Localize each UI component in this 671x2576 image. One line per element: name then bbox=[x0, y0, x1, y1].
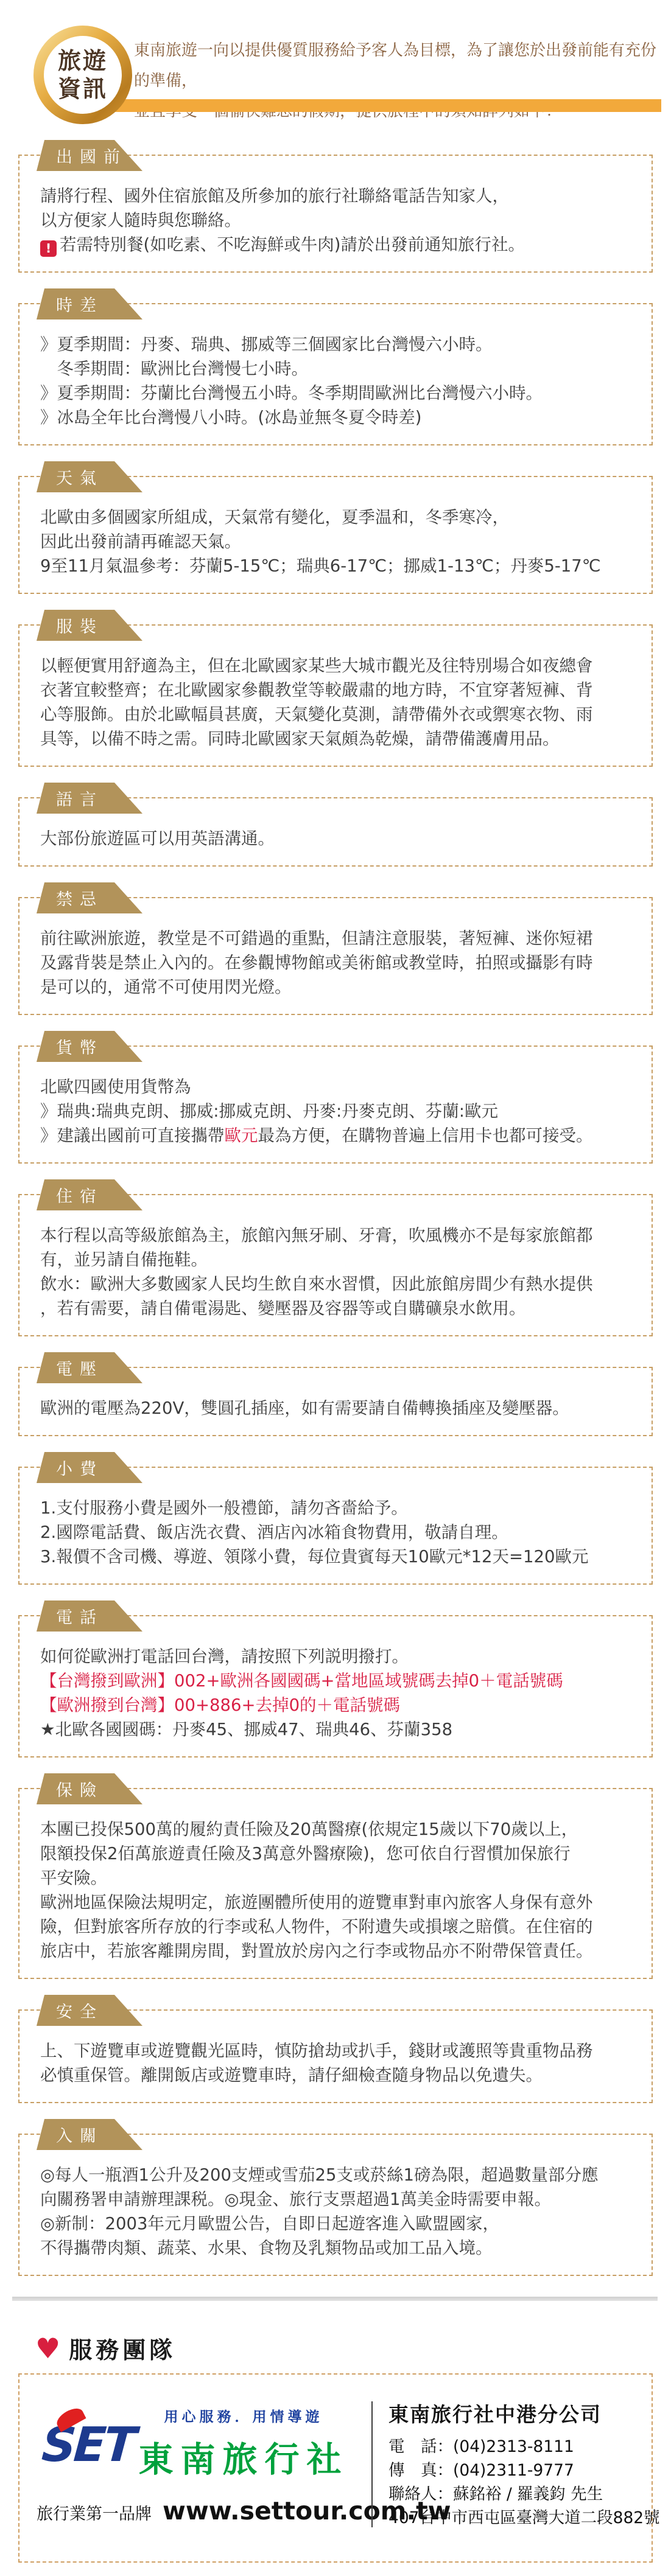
text-segment: 請將行程、國外住宿旅館及所參加的旅行社聯絡電話告知家人， bbox=[40, 186, 509, 206]
section-safety: 安全上、下遊覽車或遊覽觀光區時，慎防搶劫或扒手，錢財或護照等貴重物品務必慎重保管… bbox=[18, 2009, 653, 2103]
section-tag-telephone: 電話 bbox=[37, 1600, 142, 1632]
section-customs: 入關◎每人一瓶酒1公升及200支煙或雪茄25支或菸絲1磅為限，超過數量部分應向關… bbox=[18, 2134, 653, 2276]
section-line: 歐洲的電壓為220V，雙圓孔插座，如有需要請自備轉換插座及變壓器。 bbox=[40, 1396, 631, 1420]
section-line: 以方便家人隨時與您聯絡。 bbox=[40, 208, 631, 232]
section-line: 具等，以備不時之需。同時北歐國家天氣頗為乾燥，請帶備護膚用品。 bbox=[40, 727, 631, 751]
section-line: 》冰島全年比台灣慢八小時。(冰島並無冬夏令時差) bbox=[40, 405, 631, 430]
section-line: ◎新制：2003年元月歐盟公告，自即日起遊客進入歐盟國家， bbox=[40, 2211, 631, 2236]
section-line: ，若有需要，請自備電湯匙、變壓器及容器等或自購礦泉水飲用。 bbox=[40, 1296, 631, 1321]
contact-label: 聯絡人： bbox=[388, 2485, 453, 2504]
section-line: 旅店中，若旅客離開房間，對置放於房內之行李或物品亦不附帶保管責任。 bbox=[40, 1939, 631, 1963]
section-line: 1.支付服務小費是國外一般禮節，請勿吝嗇給予。 bbox=[40, 1496, 631, 1520]
section-line: 本行程以高等級旅館為主，旅館內無牙刷、牙膏，吹風機亦不是每家旅館都 bbox=[40, 1223, 631, 1248]
brand-tagline: 旅行業第一品牌 bbox=[37, 2501, 152, 2524]
text-segment: 2.國際電話費、飯店洗衣費、酒店內冰箱食物費用，敬請自理。 bbox=[40, 1523, 508, 1542]
intro-line: 東南旅遊一向以提供優質服務給予客人為目標，為了讓您於出發前能有充份的準備， bbox=[134, 35, 665, 96]
text-segment: 旅店中，若旅客離開房間，對置放於房內之行李或物品亦不附帶保管責任。 bbox=[40, 1941, 593, 1961]
text-segment: 最為方便，在購物普遍上信用卡也都可接受。 bbox=[258, 1126, 593, 1145]
section-line: 及露背裝是禁止入內的。在參觀博物館或美術館或教堂時，拍照或攝影有時 bbox=[40, 951, 631, 975]
text-segment: 衣著宜較整齊；在北歐國家參觀教堂等較嚴肅的地方時，不宜穿著短褲、背 bbox=[40, 680, 593, 700]
section-line: 平安險。 bbox=[40, 1866, 631, 1890]
text-segment: 以方便家人隨時與您聯絡。 bbox=[40, 211, 241, 230]
set-logo: SET bbox=[34, 2403, 129, 2469]
phone-label: 電 話： bbox=[388, 2437, 453, 2456]
section-line: 因此出發前請再確認天氣。 bbox=[40, 529, 631, 554]
text-segment: ◎每人一瓶酒1公升及200支煙或雪茄25支或菸絲1磅為限，超過數量部分應 bbox=[40, 2165, 598, 2185]
text-segment: 飲水：歐洲大多數國家人民均生飲自來水習慣，因此旅館房間少有熱水提供 bbox=[40, 1274, 593, 1294]
alert-icon: ! bbox=[40, 240, 57, 257]
page-header: 旅遊 資訊 東南旅遊一向以提供優質服務給予客人為目標，為了讓您於出發前能有充份的… bbox=[0, 0, 671, 133]
sections: 出國前請將行程、國外住宿旅館及所參加的旅行社聯絡電話告知家人，以方便家人隨時與您… bbox=[18, 155, 653, 2276]
text-segment: 限額投保2佰萬旅遊責任險及3萬意外醫療險)，您可依自行習慣加保旅行 bbox=[40, 1844, 571, 1863]
badge-line-1: 旅遊 bbox=[58, 47, 108, 75]
text-segment: ★北歐各國國碼：丹麥45、挪威47、瑞典46、芬蘭358 bbox=[40, 1720, 452, 1739]
section-insurance: 保險本團已投保500萬的履約責任險及20萬醫療(依規定15歲以下70歲以上，限額… bbox=[18, 1788, 653, 1979]
section-line: 北歐四國使用貨幣為 bbox=[40, 1075, 631, 1099]
fax-number: (04)2311-9777 bbox=[453, 2461, 574, 2480]
text-segment: 因此出發前請再確認天氣。 bbox=[40, 532, 241, 551]
text-segment: 上、下遊覽車或遊覽觀光區時，慎防搶劫或扒手，錢財或護照等貴重物品務 bbox=[40, 2041, 593, 2061]
section-line: 必慎重保管。離開飯店或遊覽車時，請仔細檢查隨身物品以免遺失。 bbox=[40, 2063, 631, 2087]
section-tag-clothing: 服裝 bbox=[37, 610, 142, 641]
office-contact-row: 聯絡人：蘇銘裕 / 羅義鈞 先生 bbox=[388, 2482, 639, 2506]
section-line: 北歐由多個國家所組成，天氣常有變化，夏季温和，冬季寒冷， bbox=[40, 505, 631, 529]
service-team-title: 服務團隊 bbox=[69, 2331, 176, 2365]
text-segment: 前往歐洲旅遊，教堂是不可錯過的重點，但請注意服裝，著短褲、迷你短裙 bbox=[40, 929, 593, 948]
section-weather: 天氣北歐由多個國家所組成，天氣常有變化，夏季温和，冬季寒冷，因此出發前請再確認天… bbox=[18, 476, 653, 594]
office-fax-row: 傳 真：(04)2311-9777 bbox=[388, 2459, 639, 2482]
section-taboos: 禁忌前往歐洲旅遊，教堂是不可錯過的重點，但請注意服裝，著短褲、迷你短裙及露背裝是… bbox=[18, 897, 653, 1015]
text-segment: 平安險。 bbox=[40, 1868, 107, 1888]
section-line: 以輕便實用舒適為主，但在北歐國家某些大城市觀光及往特別場合如夜總會 bbox=[40, 654, 631, 678]
brand-top-row: SET 用心服務．用情導遊 東南旅行社 bbox=[37, 2403, 360, 2482]
section-line: 冬季期間：歐洲比台灣慢七小時。 bbox=[40, 357, 631, 381]
section-line: ★北歐各國國碼：丹麥45、挪威47、瑞典46、芬蘭358 bbox=[40, 1717, 631, 1742]
section-time-difference: 時差》夏季期間：丹麥、瑞典、挪威等三個國家比台灣慢六小時。 冬季期間：歐洲比台灣… bbox=[18, 303, 653, 445]
text-segment: 》夏季期間：芬蘭比台灣慢五小時。冬季期間歐洲比台灣慢六小時。 bbox=[40, 383, 543, 403]
text-segment: 若需特別餐(如吃素、不吃海鮮或牛肉)請於出發前通知旅行社。 bbox=[60, 235, 525, 254]
section-telephone: 電話如何從歐洲打電話回台灣，請按照下列説明撥打。【台灣撥到歐洲】002+歐洲各國… bbox=[18, 1615, 653, 1757]
text-segment: 》建議出國前可直接攜帶 bbox=[40, 1126, 225, 1145]
text-segment: ，若有需要，請自備電湯匙、變壓器及容器等或自購礦泉水飲用。 bbox=[40, 1299, 526, 1318]
text-segment: 》瑞典:瑞典克朗、挪威:挪威克朗、丹麥:丹麥克朗、芬蘭:歐元 bbox=[40, 1101, 498, 1121]
text-segment: 具等，以備不時之需。同時北歐國家天氣頗為乾燥，請帶備護膚用品。 bbox=[40, 729, 560, 749]
text-segment: 歐洲的電壓為220V，雙圓孔插座，如有需要請自備轉換插座及變壓器。 bbox=[40, 1398, 569, 1418]
section-line: !若需特別餐(如吃素、不吃海鮮或牛肉)請於出發前通知旅行社。 bbox=[40, 232, 631, 257]
service-team-card: SET 用心服務．用情導遊 東南旅行社 旅行業第一品牌 www.settour.… bbox=[18, 2373, 653, 2563]
section-line: 飲水：歐洲大多數國家人民均生飲自來水習慣，因此旅館房間少有熱水提供 bbox=[40, 1272, 631, 1296]
section-line: 2.國際電話費、飯店洗衣費、酒店內冰箱食物費用，敬請自理。 bbox=[40, 1520, 631, 1545]
section-line: 》建議出國前可直接攜帶歐元最為方便，在購物普遍上信用卡也都可接受。 bbox=[40, 1123, 631, 1148]
section-line: 險，但對旅客所存放的行李或私人物件，不附遺失或損壞之賠償。在住宿的 bbox=[40, 1915, 631, 1939]
text-segment: 大部份旅遊區可以用英語溝通。 bbox=[40, 829, 275, 848]
text-segment: 9至11月氣温參考：芬蘭5-15℃；瑞典6-17℃；挪威1-13℃；丹麥5-17… bbox=[40, 556, 601, 576]
office-phone-row: 電 話：(04)2313-8111 bbox=[388, 2435, 639, 2459]
text-segment: 險，但對旅客所存放的行李或私人物件，不附遺失或損壞之賠償。在住宿的 bbox=[40, 1917, 593, 1936]
section-tag-voltage: 電壓 bbox=[37, 1352, 142, 1383]
section-line: 本團已投保500萬的履約責任險及20萬醫療(依規定15歲以下70歲以上， bbox=[40, 1817, 631, 1841]
text-segment: 是可以的，通常不可使用閃光燈。 bbox=[40, 977, 292, 997]
section-line: 【歐洲撥到台灣】00+886+去掉0的＋電話號碼 bbox=[40, 1693, 631, 1717]
section-tipping: 小費1.支付服務小費是國外一般禮節，請勿吝嗇給予。2.國際電話費、飯店洗衣費、酒… bbox=[18, 1467, 653, 1585]
travel-info-badge-label: 旅遊 資訊 bbox=[44, 36, 122, 114]
brand-block: SET 用心服務．用情導遊 東南旅行社 旅行業第一品牌 www.settour.… bbox=[37, 2403, 360, 2525]
section-line: 上、下遊覽車或遊覽觀光區時，慎防搶劫或扒手，錢財或護照等貴重物品務 bbox=[40, 2039, 631, 2063]
section-line: 如何從歐洲打電話回台灣，請按照下列説明撥打。 bbox=[40, 1644, 631, 1669]
branch-office-title: 東南旅行社中港分公司 bbox=[388, 2399, 639, 2428]
text-segment: 有，並另請自備拖鞋。 bbox=[40, 1250, 208, 1269]
brand-bottom-row: 旅行業第一品牌 www.settour.com.tw bbox=[37, 2496, 360, 2525]
section-tag-tipping: 小費 bbox=[37, 1452, 142, 1483]
section-tag-accommodation: 住宿 bbox=[37, 1179, 142, 1210]
text-segment: 及露背裝是禁止入內的。在參觀博物館或美術館或教堂時，拍照或攝影有時 bbox=[40, 953, 593, 972]
section-divider bbox=[12, 2297, 658, 2301]
section-tag-currency: 貨幣 bbox=[37, 1031, 142, 1062]
text-segment: 1.支付服務小費是國外一般禮節，請勿吝嗇給予。 bbox=[40, 1498, 408, 1518]
section-line: 向關務署申請辦理課税。◎現金、旅行支票超過1萬美金時需要申報。 bbox=[40, 2187, 631, 2211]
section-tag-before-departure: 出國前 bbox=[37, 140, 142, 171]
section-line: 有，並另請自備拖鞋。 bbox=[40, 1248, 631, 1272]
section-tag-safety: 安全 bbox=[37, 1995, 142, 2026]
text-segment: 北歐由多個國家所組成，天氣常有變化，夏季温和，冬季寒冷， bbox=[40, 508, 509, 527]
section-line: 》夏季期間：丹麥、瑞典、挪威等三個國家比台灣慢六小時。 bbox=[40, 332, 631, 357]
contact-names: 蘇銘裕 / 羅義鈞 先生 bbox=[453, 2485, 603, 2504]
brand-slogan: 用心服務．用情導遊 bbox=[127, 2406, 360, 2426]
section-tag-customs: 入關 bbox=[37, 2119, 142, 2150]
section-line: 請將行程、國外住宿旅館及所參加的旅行社聯絡電話告知家人， bbox=[40, 184, 631, 208]
brand-name: 東南旅行社 bbox=[127, 2432, 360, 2482]
footer-vertical-divider bbox=[371, 2401, 373, 2527]
section-line: 大部份旅遊區可以用英語溝通。 bbox=[40, 826, 631, 851]
badge-line-2: 資訊 bbox=[58, 75, 108, 103]
text-segment: 歐洲地區保險法規明定，旅遊團體所使用的遊覽車對車內旅客人身保有意外 bbox=[40, 1893, 593, 1912]
section-tag-language: 語言 bbox=[37, 783, 142, 814]
section-clothing: 服裝以輕便實用舒適為主，但在北歐國家某些大城市觀光及往特別場合如夜總會衣著宜較整… bbox=[18, 624, 653, 767]
section-voltage: 電壓歐洲的電壓為220V，雙圓孔插座，如有需要請自備轉換插座及變壓器。 bbox=[18, 1367, 653, 1436]
text-segment: 本團已投保500萬的履約責任險及20萬醫療(依規定15歲以下70歲以上， bbox=[40, 1820, 578, 1839]
section-line: 不得攜帶肉類、蔬菜、水果、食物及乳類物品或加工品入境。 bbox=[40, 2236, 631, 2260]
section-line: 【台灣撥到歐洲】002+歐洲各國國碼+當地區域號碼去掉0＋電話號碼 bbox=[40, 1669, 631, 1693]
brand-name-block: 用心服務．用情導遊 東南旅行社 bbox=[127, 2403, 360, 2482]
section-tag-time-difference: 時差 bbox=[37, 288, 142, 319]
text-segment: 心等服飾。由於北歐幅員甚廣，天氣變化莫測，請帶備外衣或禦寒衣物、雨 bbox=[40, 705, 593, 724]
branch-office-info: 東南旅行社中港分公司 電 話：(04)2313-8111 傳 真：(04)231… bbox=[388, 2399, 639, 2530]
office-address-row: 407台中市西屯區臺灣大道二段882號 bbox=[388, 2506, 639, 2530]
section-line: 前往歐洲旅遊，教堂是不可錯過的重點，但請注意服裝，著短褲、迷你短裙 bbox=[40, 926, 631, 951]
section-line: ◎每人一瓶酒1公升及200支煙或雪茄25支或菸絲1磅為限，超過數量部分應 bbox=[40, 2163, 631, 2187]
heart-icon: ♥ bbox=[35, 2332, 64, 2365]
section-line: 衣著宜較整齊；在北歐國家參觀教堂等較嚴肅的地方時，不宜穿著短褲、背 bbox=[40, 678, 631, 702]
text-segment: 冬季期間：歐洲比台灣慢七小時。 bbox=[40, 359, 308, 379]
section-line: 》夏季期間：芬蘭比台灣慢五小時。冬季期間歐洲比台灣慢六小時。 bbox=[40, 381, 631, 405]
travel-info-page: 旅遊 資訊 東南旅遊一向以提供優質服務給予客人為目標，為了讓您於出發前能有充份的… bbox=[0, 0, 671, 2576]
fax-label: 傳 真： bbox=[388, 2461, 453, 2480]
section-line: 3.報價不含司機、導遊、領隊小費，每位貴賓每天10歐元*12天=120歐元 bbox=[40, 1545, 631, 1569]
travel-info-badge: 旅遊 資訊 bbox=[33, 26, 132, 124]
text-segment: 》冰島全年比台灣慢八小時。(冰島並無冬夏令時差) bbox=[40, 408, 421, 427]
text-segment: 以輕便實用舒適為主，但在北歐國家某些大城市觀光及往特別場合如夜總會 bbox=[40, 656, 593, 675]
text-segment: 歐元 bbox=[225, 1126, 258, 1145]
section-tag-weather: 天氣 bbox=[37, 461, 142, 492]
service-team-heading: ♥ 服務團隊 bbox=[35, 2331, 671, 2365]
section-line: 》瑞典:瑞典克朗、挪威:挪威克朗、丹麥:丹麥克朗、芬蘭:歐元 bbox=[40, 1099, 631, 1123]
section-line: 是可以的，通常不可使用閃光燈。 bbox=[40, 975, 631, 999]
text-segment: 【歐洲撥到台灣】00+886+去掉0的＋電話號碼 bbox=[40, 1695, 400, 1715]
text-segment: ◎新制：2003年元月歐盟公告，自即日起遊客進入歐盟國家， bbox=[40, 2214, 499, 2233]
gold-accent-bar bbox=[79, 99, 661, 112]
text-segment: 3.報價不含司機、導遊、領隊小費，每位貴賓每天10歐元*12天=120歐元 bbox=[40, 1547, 589, 1566]
section-before-departure: 出國前請將行程、國外住宿旅館及所參加的旅行社聯絡電話告知家人，以方便家人隨時與您… bbox=[18, 155, 653, 273]
phone-number: (04)2313-8111 bbox=[453, 2437, 574, 2456]
section-line: 心等服飾。由於北歐幅員甚廣，天氣變化莫測，請帶備外衣或禦寒衣物、雨 bbox=[40, 702, 631, 727]
section-currency: 貨幣北歐四國使用貨幣為》瑞典:瑞典克朗、挪威:挪威克朗、丹麥:丹麥克朗、芬蘭:歐… bbox=[18, 1045, 653, 1164]
text-segment: 如何從歐洲打電話回台灣，請按照下列説明撥打。 bbox=[40, 1647, 409, 1666]
section-line: 歐洲地區保險法規明定，旅遊團體所使用的遊覽車對車內旅客人身保有意外 bbox=[40, 1890, 631, 1915]
text-segment: 本行程以高等級旅館為主，旅館內無牙刷、牙膏，吹風機亦不是每家旅館都 bbox=[40, 1226, 593, 1245]
section-language: 語言大部份旅遊區可以用英語溝通。 bbox=[18, 797, 653, 867]
text-segment: 向關務署申請辦理課税。◎現金、旅行支票超過1萬美金時需要申報。 bbox=[40, 2190, 551, 2209]
section-line: 限額投保2佰萬旅遊責任險及3萬意外醫療險)，您可依自行習慣加保旅行 bbox=[40, 1841, 631, 1866]
section-tag-taboos: 禁忌 bbox=[37, 882, 142, 913]
text-segment: 北歐四國使用貨幣為 bbox=[40, 1077, 191, 1097]
text-segment: 》夏季期間：丹麥、瑞典、挪威等三個國家比台灣慢六小時。 bbox=[40, 335, 493, 354]
text-segment: 【台灣撥到歐洲】002+歐洲各國國碼+當地區域號碼去掉0＋電話號碼 bbox=[40, 1671, 563, 1691]
text-segment: 不得攜帶肉類、蔬菜、水果、食物及乳類物品或加工品入境。 bbox=[40, 2238, 493, 2258]
section-line: 9至11月氣温參考：芬蘭5-15℃；瑞典6-17℃；挪威1-13℃；丹麥5-17… bbox=[40, 554, 631, 578]
section-tag-insurance: 保險 bbox=[37, 1773, 142, 1804]
section-accommodation: 住宿本行程以高等級旅館為主，旅館內無牙刷、牙膏，吹風機亦不是每家旅館都有，並另請… bbox=[18, 1194, 653, 1336]
text-segment: 必慎重保管。離開飯店或遊覽車時，請仔細檢查隨身物品以免遺失。 bbox=[40, 2065, 543, 2085]
